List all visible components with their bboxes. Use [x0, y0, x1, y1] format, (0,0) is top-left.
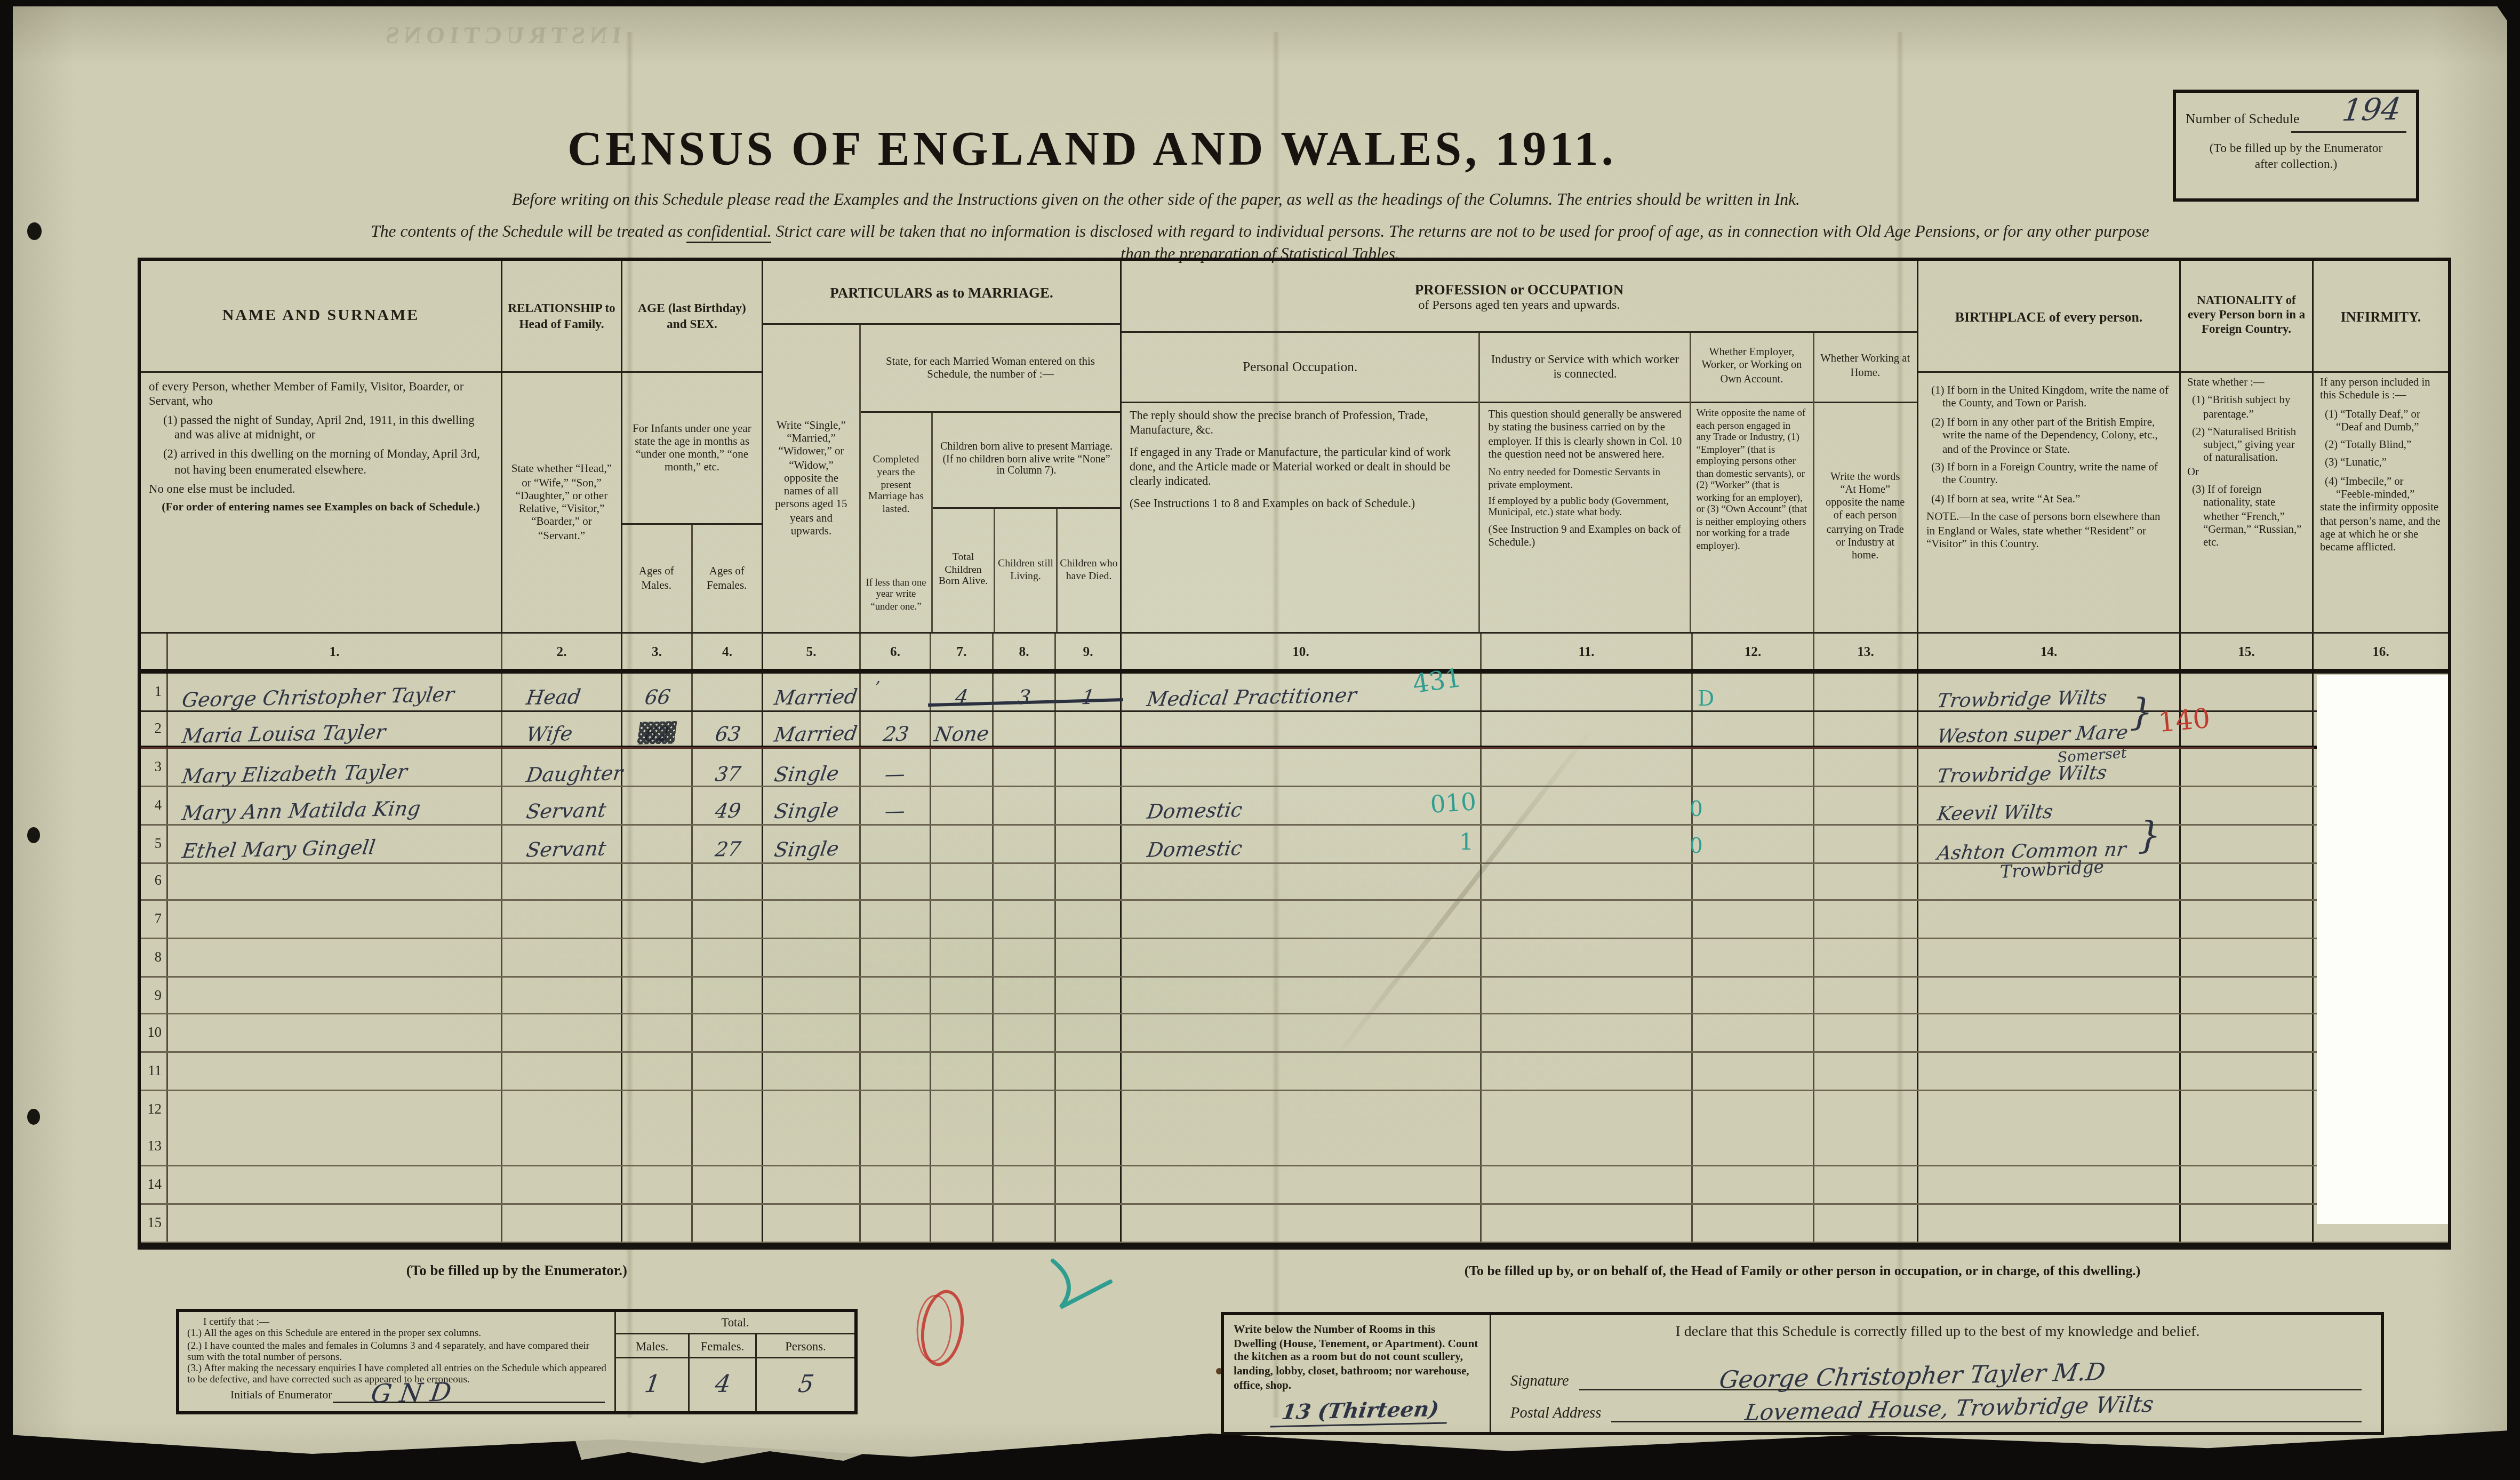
name-col-title: NAME AND SURNAME — [141, 261, 501, 373]
col-number-7.: 7. — [931, 634, 994, 669]
col-number-4.: 4. — [693, 634, 763, 669]
col-number-11.: 11. — [1482, 634, 1693, 669]
annotation-mark-431: 431 — [1411, 666, 1463, 698]
r4-c15 — [2181, 787, 2314, 823]
r4-c1: Mary Ann Matilda King — [168, 787, 502, 823]
r13-c3 — [622, 1129, 693, 1165]
r8-c11 — [1482, 939, 1693, 975]
r3-c7 — [931, 749, 994, 786]
r2-c8 — [994, 711, 1056, 746]
handwritten-entry: Ethel Mary Gingell — [181, 838, 377, 862]
totals-persons-value: 5 — [796, 1373, 815, 1397]
totals-females-label: Females. — [690, 1334, 757, 1357]
r14-c10 — [1122, 1167, 1482, 1203]
r8-c8 — [994, 939, 1056, 975]
table-header: NAME AND SURNAME of every Person, whethe… — [141, 261, 2448, 632]
r14-c9 — [1056, 1167, 1122, 1203]
r10-c3 — [622, 1015, 693, 1051]
r6-c7 — [931, 863, 994, 900]
totals-males-label: Males. — [616, 1334, 690, 1357]
handwritten-entry: 23 — [881, 724, 909, 745]
birthplace-note-2: (2) If born in any other part of the Bri… — [1926, 415, 2171, 456]
instruction-line: Before writing on this Schedule please r… — [160, 192, 2152, 210]
r11-c12 — [1693, 1053, 1814, 1090]
married-woman-note: State, for each Married Woman entered on… — [861, 325, 1120, 413]
r7-c6 — [861, 901, 931, 938]
infirmity-col-title: INFIRMITY. — [2314, 261, 2448, 373]
rooms-value: 13 (Thirteen) — [1270, 1400, 1450, 1428]
r8-c5 — [763, 939, 861, 975]
name-note-e: (For order of entering names see Example… — [149, 500, 493, 514]
initials-value: G N D — [369, 1380, 452, 1407]
r1-c3: 66 — [622, 674, 693, 710]
r9-n: 9 — [141, 977, 168, 1013]
annotation-mark-0: 0 — [1690, 837, 1703, 858]
table-row-4: 4Mary Ann Matilda KingServant49Single—Do… — [141, 787, 2448, 825]
table-row-7: 7 — [141, 901, 2448, 939]
handwritten-entry: Domestic — [1146, 801, 1243, 823]
nationality-note-3: (3) If of foreign nationality, state whe… — [2187, 485, 2306, 551]
r12-c11 — [1482, 1091, 1693, 1129]
col-name-header: NAME AND SURNAME of every Person, whethe… — [141, 261, 502, 632]
handwritten-entry: Daughter — [525, 763, 624, 785]
r15-c2 — [502, 1205, 622, 1241]
under-one-note: If less than one year write “under one.” — [861, 558, 931, 632]
r11-c10 — [1122, 1053, 1482, 1090]
r6-c3 — [622, 863, 693, 900]
r6-c9 — [1056, 863, 1122, 900]
r14-c1 — [168, 1167, 502, 1203]
ages-of-males-label: Ages of Males. — [622, 525, 692, 632]
r9-c5 — [763, 977, 861, 1013]
r6-c12 — [1693, 863, 1814, 900]
r6-c2 — [502, 863, 622, 900]
children-born-title: Children born alive to present Marriage. — [940, 441, 1113, 452]
r13-c14 — [1918, 1129, 2181, 1165]
r8-n: 8 — [141, 939, 168, 975]
r7-c15 — [2181, 901, 2314, 938]
r13-c11 — [1482, 1129, 1693, 1165]
r15-c15 — [2181, 1205, 2314, 1241]
r4-c10: Domestic — [1122, 787, 1482, 823]
r4-c7 — [931, 787, 994, 823]
annotation-mark-1: 1 — [1459, 832, 1474, 854]
r12-c7 — [931, 1091, 994, 1129]
r11-c5 — [763, 1053, 861, 1090]
schedule-number-box: Number of Schedule 194 (To be filled up … — [2173, 90, 2419, 202]
handwritten-entry: None — [933, 724, 990, 746]
r8-c15 — [2181, 939, 2314, 975]
table-row-9: 9 — [141, 977, 2448, 1015]
table-rows: 1George Christopher TaylerHead66Married4… — [141, 674, 2448, 1243]
confidential-line: The contents of the Schedule will be tre… — [96, 224, 2424, 242]
r5-c7 — [931, 826, 994, 862]
children-living-label: Children still Living. — [995, 509, 1058, 632]
r15-c4 — [693, 1205, 763, 1241]
r11-c14 — [1918, 1053, 2181, 1090]
rooms-text: Write below the Number of Rooms in this … — [1234, 1323, 1478, 1391]
r15-c6 — [861, 1205, 931, 1241]
col-birthplace-header: BIRTHPLACE of every person. (1) If born … — [1918, 261, 2181, 632]
r4-c13 — [1814, 787, 1918, 823]
r2-c13 — [1814, 711, 1918, 746]
r3-c13 — [1814, 749, 1918, 786]
r5-c5: Single — [763, 826, 861, 862]
r1-c2: Head — [502, 674, 622, 710]
r14-c2 — [502, 1167, 622, 1203]
r1-c6 — [861, 674, 931, 710]
handwritten-entry: Mary Elizabeth Tayler — [181, 762, 409, 787]
infirmity-note-3: (3) “Lunatic,” — [2320, 458, 2442, 471]
r2-c2: Wife — [502, 711, 622, 746]
r11-c6 — [861, 1053, 931, 1090]
r13-c8 — [994, 1129, 1056, 1165]
signature-value: George Christopher Tayler M.D — [1717, 1361, 2106, 1393]
ages-of-females-label: Ages of Females. — [692, 525, 762, 632]
r1-n: 1 — [141, 674, 168, 710]
r12-c12 — [1693, 1091, 1814, 1129]
handwritten-entry: Head — [525, 688, 582, 709]
r11-c4 — [693, 1053, 763, 1090]
r10-n: 10 — [141, 1015, 168, 1051]
table-row-1: 1George Christopher TaylerHead66Married4… — [141, 674, 2448, 711]
occupation-group-title: PROFESSION or OCCUPATION of Persons aged… — [1122, 261, 1917, 333]
relationship-col-body: State whether “Head,” or “Wife,” “Son,” … — [502, 373, 621, 632]
r2-n: 2 — [141, 711, 168, 746]
col-number-13.: 13. — [1814, 634, 1918, 669]
occupation-note-c: (See Instructions 1 to 8 and Examples on… — [1130, 498, 1471, 513]
r13-n: 13 — [141, 1129, 168, 1165]
postal-address-line: Lovemead House, Trowbridge Wilts — [1611, 1398, 2362, 1422]
name-note-a: of every Person, whether Member of Famil… — [149, 379, 493, 409]
r12-c3 — [622, 1091, 693, 1129]
handwritten-entry: Medical Practitioner — [1146, 686, 1358, 711]
r8-c13 — [1814, 939, 1918, 975]
r15-c1 — [168, 1205, 502, 1241]
children-total-label: Total Children Born Alive. — [933, 509, 995, 632]
enumerator-certification: I certify that :— (1.) All the ages on t… — [179, 1312, 616, 1411]
working-at-home-label: Whether Working at Home. — [1814, 333, 1917, 403]
r10-c4 — [693, 1015, 763, 1051]
r8-c6 — [861, 939, 931, 975]
r3-c5: Single — [763, 749, 861, 786]
enumerator-box: I certify that :— (1.) All the ages on t… — [176, 1309, 858, 1414]
infirmity-note-b: state the infirmity opposite that person… — [2320, 503, 2442, 556]
r10-c2 — [502, 1015, 622, 1051]
certify-intro: I certify that :— — [187, 1317, 608, 1329]
name-note-2: (2) arrived in this dwelling on the morn… — [149, 447, 493, 476]
r13-c1 — [168, 1129, 502, 1165]
r3-c15 — [2181, 749, 2314, 786]
r5-c6 — [861, 826, 931, 862]
col-number-2.: 2. — [502, 634, 622, 669]
handwritten-entry: Keevil Wilts — [1936, 802, 2054, 823]
r14-c8 — [994, 1167, 1056, 1203]
infirmity-note-2: (2) “Totally Blind,” — [2320, 440, 2442, 453]
col-nationality-header: NATIONALITY of every Person born in a Fo… — [2181, 261, 2314, 632]
confidential-pre: The contents of the Schedule will be tre… — [371, 224, 687, 242]
table-row-2: 2Maria Louisa TaylerWife6263Married23Non… — [141, 711, 2448, 749]
industry-label: Industry or Service with which worker is… — [1481, 333, 1690, 403]
r2-c4: 63 — [693, 711, 763, 746]
r9-c6 — [861, 977, 931, 1013]
totals-table: Total. Males. Females. Persons. 1 4 5 — [616, 1312, 854, 1411]
annotation-mark-0: 0 — [1690, 800, 1703, 821]
schedule-number-label: Number of Schedule — [2186, 110, 2299, 126]
redaction-patch — [2316, 675, 2451, 1223]
r5-c15 — [2181, 826, 2314, 862]
r13-c5 — [763, 1129, 861, 1165]
table-row-12: 12 — [141, 1091, 2448, 1129]
r14-n: 14 — [141, 1167, 168, 1203]
table-row-10: 10 — [141, 1015, 2448, 1053]
pink-scan-line — [141, 747, 2314, 748]
table-row-13: 13 — [141, 1129, 2448, 1167]
r9-c14 — [1918, 977, 2181, 1013]
r5-c3 — [622, 826, 693, 862]
totals-title: Total. — [616, 1312, 854, 1334]
r5-c12 — [1693, 826, 1814, 862]
r15-c3 — [622, 1205, 693, 1241]
r13-c6 — [861, 1129, 931, 1165]
r10-c11 — [1482, 1015, 1693, 1051]
r10-c1 — [168, 1015, 502, 1051]
r10-c7 — [931, 1015, 994, 1051]
industry-note-a: This question should generally be answer… — [1489, 410, 1682, 462]
r13-c13 — [1814, 1129, 1918, 1165]
col-number-1.: 1. — [168, 634, 502, 669]
r2-c11 — [1482, 711, 1693, 746]
schedule-note-2: after collection.) — [2176, 156, 2416, 172]
r13-c2 — [502, 1129, 622, 1165]
r5-c2: Servant — [502, 826, 622, 862]
punch-hole — [27, 827, 40, 843]
table-bottom-rule — [138, 1243, 2451, 1247]
r9-c11 — [1482, 977, 1693, 1013]
r14-c4 — [693, 1167, 763, 1203]
r2-c3: 62 — [622, 711, 693, 746]
r11-n: 11 — [141, 1053, 168, 1090]
col-number-16.: 16. — [2314, 634, 2448, 669]
r3-c6: — — [861, 749, 931, 786]
handwritten-entry: Maria Louisa Tayler — [181, 723, 387, 747]
column-number-strip: 1.2.3.4.5.6.7.8.9.10.11.12.13.14.15.16. — [141, 632, 2448, 669]
r4-c11 — [1482, 787, 1693, 823]
confidential-word: confidential. — [687, 224, 771, 243]
r12-c6 — [861, 1091, 931, 1129]
r2-c12 — [1693, 711, 1814, 746]
r1-c5: Married — [763, 674, 861, 710]
handwritten-entry: Servant — [525, 802, 607, 823]
r15-c12 — [1693, 1205, 1814, 1241]
occupation-note-a: The reply should show the precise branch… — [1130, 410, 1471, 438]
r5-n: 5 — [141, 826, 168, 862]
handwritten-entry: Single — [773, 802, 840, 823]
occupation-title-main: PROFESSION or OCCUPATION — [1415, 281, 1624, 297]
r1-c11 — [1482, 674, 1693, 710]
nationality-note-or: Or — [2187, 467, 2306, 480]
r12-c13 — [1814, 1091, 1918, 1129]
r9-c1 — [168, 977, 502, 1013]
r1-c1: George Christopher Tayler — [168, 674, 502, 710]
teal-check-mark — [1043, 1258, 1117, 1315]
r9-c9 — [1056, 977, 1122, 1013]
r9-c7 — [931, 977, 994, 1013]
handwritten-entry: George Christopher Tayler — [181, 685, 455, 711]
r10-c6 — [861, 1015, 931, 1051]
r8-c14 — [1918, 939, 2181, 975]
r14-c13 — [1814, 1167, 1918, 1203]
r8-c1 — [168, 939, 502, 975]
r8-c2 — [502, 939, 622, 975]
handwritten-entry: 66 — [643, 688, 671, 708]
r14-c11 — [1482, 1167, 1693, 1203]
r3-c12 — [1693, 749, 1814, 786]
col-number-10.: 10. — [1122, 634, 1482, 669]
r9-c4 — [693, 977, 763, 1013]
personal-occupation-label: Personal Occupation. — [1122, 333, 1479, 403]
r8-c10 — [1122, 939, 1482, 975]
r3-c2: Daughter — [502, 749, 622, 786]
handwritten-entry: Servant — [525, 839, 607, 861]
r8-c9 — [1056, 939, 1122, 975]
r4-n: 4 — [141, 787, 168, 823]
annotation-mark-140: 140 — [2157, 707, 2211, 738]
r5-c13 — [1814, 826, 1918, 862]
name-col-body: of every Person, whether Member of Famil… — [141, 373, 501, 521]
r7-n: 7 — [141, 901, 168, 938]
r1-c9: 1 — [1056, 674, 1122, 710]
r11-c8 — [994, 1053, 1056, 1090]
r12-c9 — [1056, 1091, 1122, 1129]
r12-c5 — [763, 1091, 861, 1129]
r9-c13 — [1814, 977, 1918, 1013]
occupation-title-sub: of Persons aged ten years and upwards. — [1419, 297, 1620, 311]
r7-c9 — [1056, 901, 1122, 938]
schedule-number-line — [2291, 131, 2406, 133]
r15-c13 — [1814, 1205, 1918, 1241]
r12-c1 — [168, 1091, 502, 1129]
r7-c11 — [1482, 901, 1693, 938]
r12-c4 — [693, 1091, 763, 1129]
name-note-1: (1) passed the night of Sunday, April 2n… — [149, 413, 493, 443]
nationality-note-1: (1) “British subject by parentage.” — [2187, 396, 2306, 422]
annotation-mark-Trowbridge: Trowbridge — [1999, 858, 2105, 881]
r1-c13 — [1814, 674, 1918, 710]
r9-c3 — [622, 977, 693, 1013]
r9-c10 — [1122, 977, 1482, 1013]
r11-c9 — [1056, 1053, 1122, 1090]
r7-c14 — [1918, 901, 2181, 938]
r11-c7 — [931, 1053, 994, 1090]
r11-c15 — [2181, 1053, 2314, 1090]
r9-c8 — [994, 977, 1056, 1013]
r15-c8 — [994, 1205, 1056, 1241]
confidential-post: Strict care will be taken that no inform… — [772, 224, 2149, 242]
r5-c9 — [1056, 826, 1122, 862]
r15-n: 15 — [141, 1205, 168, 1241]
r13-c10 — [1122, 1129, 1482, 1165]
declaration-text: I declare that this Schedule is correctl… — [1510, 1325, 2365, 1341]
r3-c4: 37 — [693, 749, 763, 786]
r15-c5 — [763, 1205, 861, 1241]
r1-c4 — [693, 674, 763, 710]
r5-c11 — [1482, 826, 1693, 862]
col-relationship-header: RELATIONSHIP to Head of Family. State wh… — [502, 261, 622, 632]
r4-c4: 49 — [693, 787, 763, 823]
employer-worker-label: Whether Employer, Worker, or Working on … — [1691, 333, 1812, 403]
handwritten-entry: Single — [773, 764, 840, 785]
schedule-number-value: 194 — [2340, 95, 2402, 127]
industry-note-d: (See Instruction 9 and Examples on back … — [1489, 525, 1682, 551]
annotation-mark-010: 010 — [1430, 790, 1477, 818]
handwritten-entry: Mary Ann Matilda King — [181, 799, 422, 825]
r15-c9 — [1056, 1205, 1122, 1241]
r13-c4 — [693, 1129, 763, 1165]
marital-status-note: Write “Single,” “Married,” “Widower,” or… — [763, 325, 861, 632]
r6-c5 — [763, 863, 861, 900]
r3-c8 — [994, 749, 1056, 786]
r14-c14 — [1918, 1167, 2181, 1203]
r7-c2 — [502, 901, 622, 938]
r11-c1 — [168, 1053, 502, 1090]
scribbled-entry: 62 — [643, 725, 670, 745]
initials-label: Initials of Enumerator — [230, 1388, 332, 1402]
handwritten-entry: 49 — [713, 802, 741, 822]
children-died-label: Children who have Died. — [1058, 509, 1120, 632]
signature-line: George Christopher Tayler M.D — [1579, 1366, 2362, 1390]
col-number-15.: 15. — [2181, 634, 2314, 669]
r15-c10 — [1122, 1205, 1482, 1241]
r10-c9 — [1056, 1015, 1122, 1051]
r15-c14 — [1918, 1205, 2181, 1241]
birthplace-note-5: NOTE.—In the case of persons born elsewh… — [1926, 510, 2171, 551]
postal-address-value: Lovemead House, Trowbridge Wilts — [1744, 1394, 2155, 1425]
handwritten-entry: Weston super Mare — [1936, 724, 2129, 747]
r10-c14 — [1918, 1015, 2181, 1051]
r3-n: 3 — [141, 749, 168, 786]
r1-c8: 3 — [994, 674, 1056, 710]
r6-c8 — [994, 863, 1056, 900]
r12-c8 — [994, 1091, 1056, 1129]
children-born-sub: (If no children born alive write “None” … — [942, 454, 1110, 478]
r6-c6 — [861, 863, 931, 900]
children-born-note: Children born alive to present Marriage.… — [933, 413, 1120, 509]
handwritten-entry: Domestic — [1146, 839, 1243, 861]
r8-c12 — [1693, 939, 1814, 975]
r6-c11 — [1482, 863, 1693, 900]
employer-worker-note: Write opposite the name of each person e… — [1691, 403, 1812, 558]
r6-c4 — [693, 863, 763, 900]
r10-c13 — [1814, 1015, 1918, 1051]
r6-c15 — [2181, 863, 2314, 900]
r12-n: 12 — [141, 1091, 168, 1129]
handwritten-entry: Married — [773, 724, 858, 746]
page-title: CENSUS OF ENGLAND AND WALES, 1911. — [192, 123, 1992, 178]
infirmity-note-a: If any person included in this Schedule … — [2320, 378, 2442, 404]
name-note-d: No one else must be included. — [149, 481, 493, 495]
r8-c4 — [693, 939, 763, 975]
r2-c1: Maria Louisa Tayler — [168, 711, 502, 746]
col-infirmity-header: INFIRMITY. If any person included in thi… — [2314, 261, 2448, 632]
r14-c5 — [763, 1167, 861, 1203]
table-row-11: 11 — [141, 1053, 2448, 1091]
r15-c7 — [931, 1205, 994, 1241]
r8-c7 — [931, 939, 994, 975]
r14-c3 — [622, 1167, 693, 1203]
r2-c6: 23 — [861, 711, 931, 746]
r12-c2 — [502, 1091, 622, 1129]
